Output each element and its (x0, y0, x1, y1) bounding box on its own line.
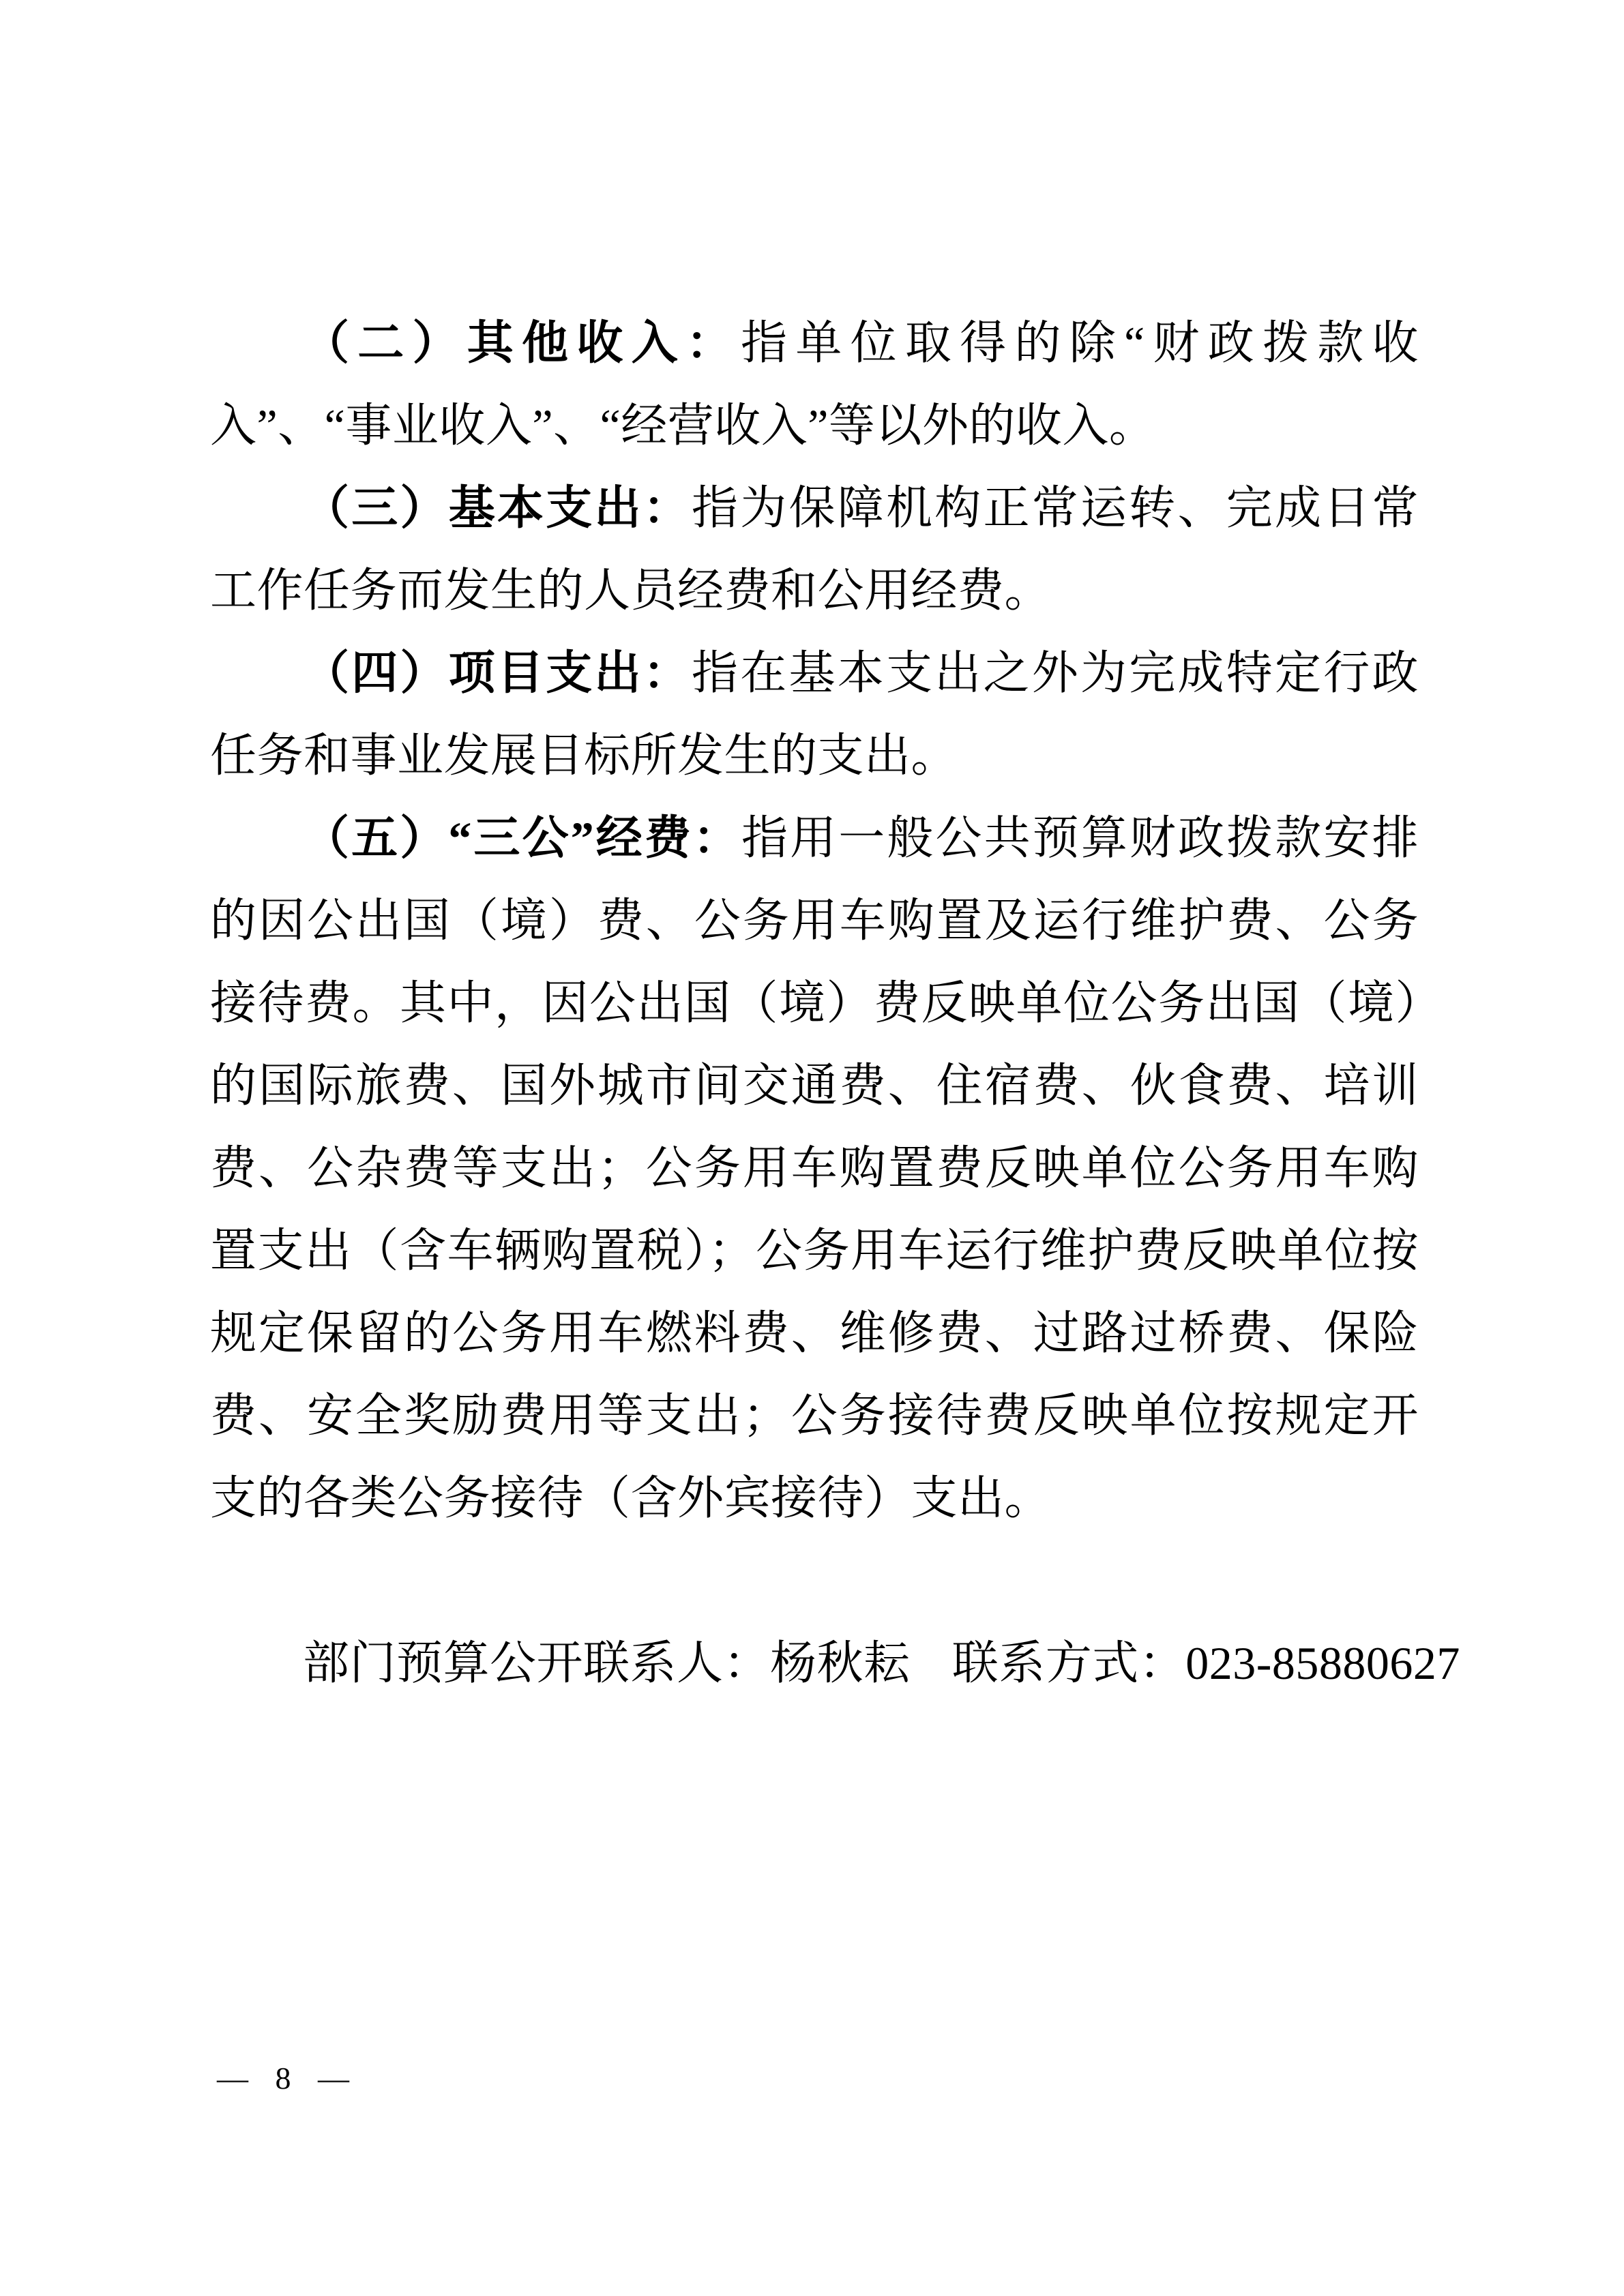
term-label-project-expenditure: （四）项目支出： (303, 647, 692, 699)
term-definition-three-public-funds: 指用一般公共预算财政拨款安排的因公出国（境）费、公务用车购置及运行维护费、公务接… (210, 812, 1419, 1524)
definition-paragraph-other-income: （二）其他收入：指单位取得的除“财政拨款收入”、“事业收入”、“经营收入”等以外… (210, 302, 1419, 467)
contact-phone-number: 023-85880627 (1185, 1637, 1460, 1689)
term-label-other-income: （二）其他收入： (303, 317, 741, 369)
definition-paragraph-basic-expenditure: （三）基本支出：指为保障机构正常运转、完成日常工作任务而发生的人员经费和公用经费… (210, 467, 1419, 632)
term-label-three-public-funds: （五）“三公”经费： (303, 812, 741, 864)
definition-paragraph-three-public-funds: （五）“三公”经费：指用一般公共预算财政拨款安排的因公出国（境）费、公务用车购置… (210, 797, 1419, 1540)
page-number-footer: — 8 — (217, 2058, 359, 2099)
definitions-section: （二）其他收入：指单位取得的除“财政拨款收入”、“事业收入”、“经营收入”等以外… (210, 302, 1419, 1705)
budget-contact-line: 部门预算公开联系人：杨秋耘联系方式：023-85880627 (210, 1622, 1419, 1705)
contact-person-label: 部门预算公开联系人： (303, 1637, 770, 1689)
contact-person-name: 杨秋耘 (770, 1637, 911, 1689)
definition-paragraph-project-expenditure: （四）项目支出：指在基本支出之外为完成特定行政任务和事业发展目标所发生的支出。 (210, 632, 1419, 797)
contact-phone-label: 联系方式： (952, 1637, 1186, 1689)
document-page: （二）其他收入：指单位取得的除“财政拨款收入”、“事业收入”、“经营收入”等以外… (0, 0, 1624, 2296)
term-label-basic-expenditure: （三）基本支出： (303, 482, 692, 534)
